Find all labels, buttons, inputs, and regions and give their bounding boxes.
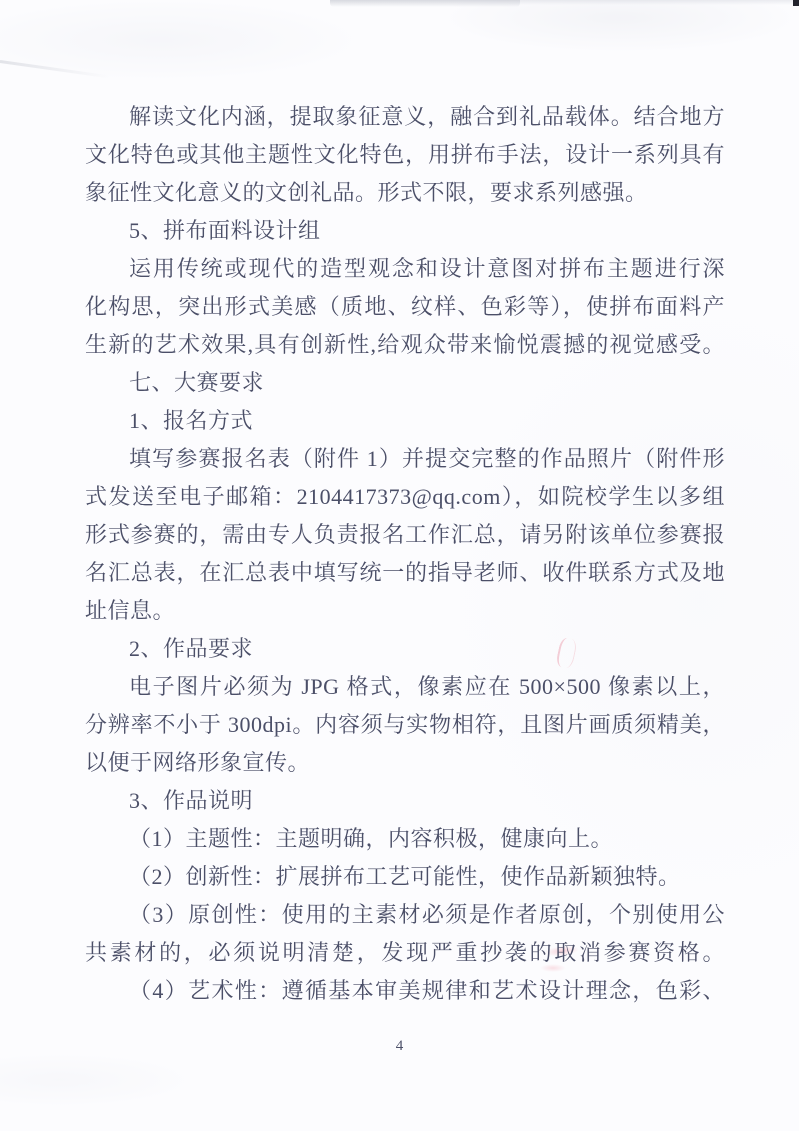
- text-line: 填写参赛报名表（附件 1）并提交完整的作品照片（附件形: [85, 440, 725, 478]
- text-line: 1、报名方式: [85, 402, 725, 440]
- text-line: （3）原创性：使用的主素材必须是作者原创，个别使用公: [85, 896, 725, 934]
- page-number: 4: [0, 1038, 799, 1055]
- text-line: 七、大赛要求: [85, 364, 725, 402]
- text-line: 2、作品要求: [85, 630, 725, 668]
- text-line: 生新的艺术效果,具有创新性,给观众带来愉悦震撼的视觉感受。: [85, 326, 725, 364]
- text-line: 址信息。: [85, 592, 725, 630]
- text-line: （1）主题性：主题明确，内容积极，健康向上。: [85, 820, 725, 858]
- text-line: 名汇总表，在汇总表中填写统一的指导老师、收件联系方式及地: [85, 554, 725, 592]
- text-line: （2）创新性：扩展拼布工艺可能性，使作品新颖独特。: [85, 858, 725, 896]
- scan-corner-artifact: [793, 0, 799, 6]
- text-line: 解读文化内涵，提取象征意义，融合到礼品载体。结合地方: [85, 98, 725, 136]
- text-line: 分辨率不小于 300dpi。内容须与实物相符，且图片画质须精美，: [85, 706, 725, 744]
- text-line: 运用传统或现代的造型观念和设计意图对拼布主题进行深: [85, 250, 725, 288]
- text-line: 以便于网络形象宣传。: [85, 744, 725, 782]
- scan-edge-smudge: [520, 0, 799, 5]
- text-line: 5、拼布面料设计组: [85, 212, 725, 250]
- scanned-page: 解读文化内涵，提取象征意义，融合到礼品载体。结合地方文化特色或其他主题性文化特色…: [0, 0, 799, 1131]
- scan-edge-smudge: [330, 0, 520, 7]
- text-line: 化构思，突出形式美感（质地、纹样、色彩等），使拼布面料产: [85, 288, 725, 326]
- text-line: 文化特色或其他主题性文化特色，用拼布手法，设计一系列具有: [85, 136, 725, 174]
- document-body: 解读文化内涵，提取象征意义，融合到礼品载体。结合地方文化特色或其他主题性文化特色…: [85, 98, 725, 1010]
- text-line: 共素材的，必须说明清楚，发现严重抄袭的取消参赛资格。: [85, 934, 725, 972]
- text-line: （4）艺术性：遵循基本审美规律和艺术设计理念，色彩、: [85, 972, 725, 1010]
- text-line: 3、作品说明: [85, 782, 725, 820]
- text-line: 式发送至电子邮箱：2104417373@qq.com），如院校学生以多组: [85, 478, 725, 516]
- text-line: 象征性文化意义的文创礼品。形式不限，要求系列感强。: [85, 174, 725, 212]
- scan-streak-artifact: [0, 60, 109, 78]
- text-line: 形式参赛的，需由专人负责报名工作汇总，请另附该单位参赛报: [85, 516, 725, 554]
- text-line: 电子图片必须为 JPG 格式，像素应在 500×500 像素以上，: [85, 668, 725, 706]
